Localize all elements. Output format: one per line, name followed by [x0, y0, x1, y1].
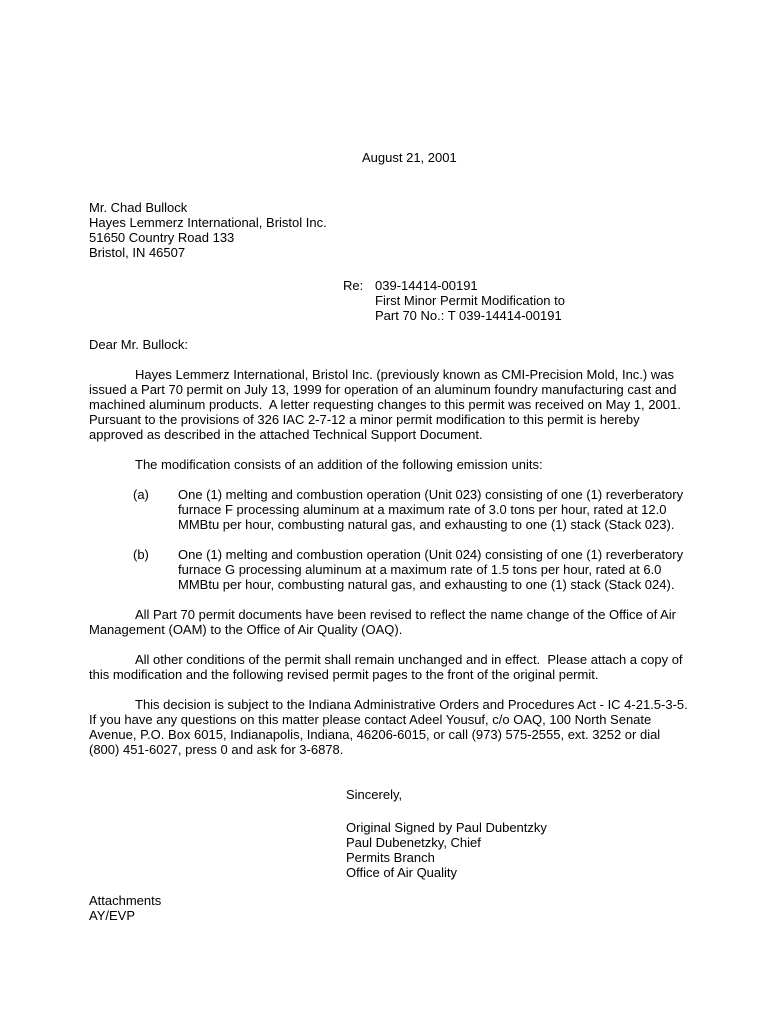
recipient-address-block: Mr. Chad Bullock Hayes Lemmerz Internati… [89, 200, 327, 260]
attachments-label: Attachments [89, 893, 161, 908]
closing-salutation: Sincerely, [346, 787, 547, 802]
re-block: Re: 039-14414-00191 First Minor Permit M… [343, 278, 565, 323]
emission-unit-item-b: (b) One (1) melting and combustion opera… [89, 547, 689, 592]
re-permit-number: 039-14414-00191 [375, 278, 565, 293]
re-label: Re: [343, 278, 375, 293]
recipient-street: 51650 Country Road 133 [89, 230, 327, 245]
paragraph-appeal-contact: This decision is subject to the Indiana … [89, 697, 689, 757]
signature-branch: Permits Branch [346, 850, 547, 865]
emission-unit-label-b: (b) [133, 547, 149, 562]
paragraph-permit-background: Hayes Lemmerz International, Bristol Inc… [89, 367, 689, 442]
recipient-company: Hayes Lemmerz International, Bristol Inc… [89, 215, 327, 230]
paragraph-name-change: All Part 70 permit documents have been r… [89, 607, 689, 637]
salutation: Dear Mr. Bullock: [89, 337, 689, 352]
recipient-city-state-zip: Bristol, IN 46507 [89, 245, 327, 260]
closing-block: Sincerely, Original Signed by Paul Duben… [346, 787, 547, 880]
letter-page: August 21, 2001 Mr. Chad Bullock Hayes L… [0, 0, 770, 1024]
author-initials: AY/EVP [89, 908, 161, 923]
emission-unit-text-b: One (1) melting and combustion operation… [178, 547, 689, 592]
signature-original-signed: Original Signed by Paul Dubentzky [346, 820, 547, 835]
letter-body: Dear Mr. Bullock: Hayes Lemmerz Internat… [89, 337, 689, 772]
paragraph-modification-intro: The modification consists of an addition… [89, 457, 689, 472]
paragraph-conditions: All other conditions of the permit shall… [89, 652, 689, 682]
emission-unit-item-a: (a) One (1) melting and combustion opera… [89, 487, 689, 532]
letter-date: August 21, 2001 [362, 150, 457, 165]
re-subject: First Minor Permit Modification to [375, 293, 565, 308]
emission-unit-label-a: (a) [133, 487, 149, 502]
emission-unit-text-a: One (1) melting and combustion operation… [178, 487, 689, 532]
re-part70-number: Part 70 No.: T 039-14414-00191 [375, 308, 565, 323]
signature-office: Office of Air Quality [346, 865, 547, 880]
re-lines: 039-14414-00191 First Minor Permit Modif… [375, 278, 565, 323]
attachments-block: Attachments AY/EVP [89, 893, 161, 923]
recipient-name: Mr. Chad Bullock [89, 200, 327, 215]
signature-name-title: Paul Dubenetzky, Chief [346, 835, 547, 850]
